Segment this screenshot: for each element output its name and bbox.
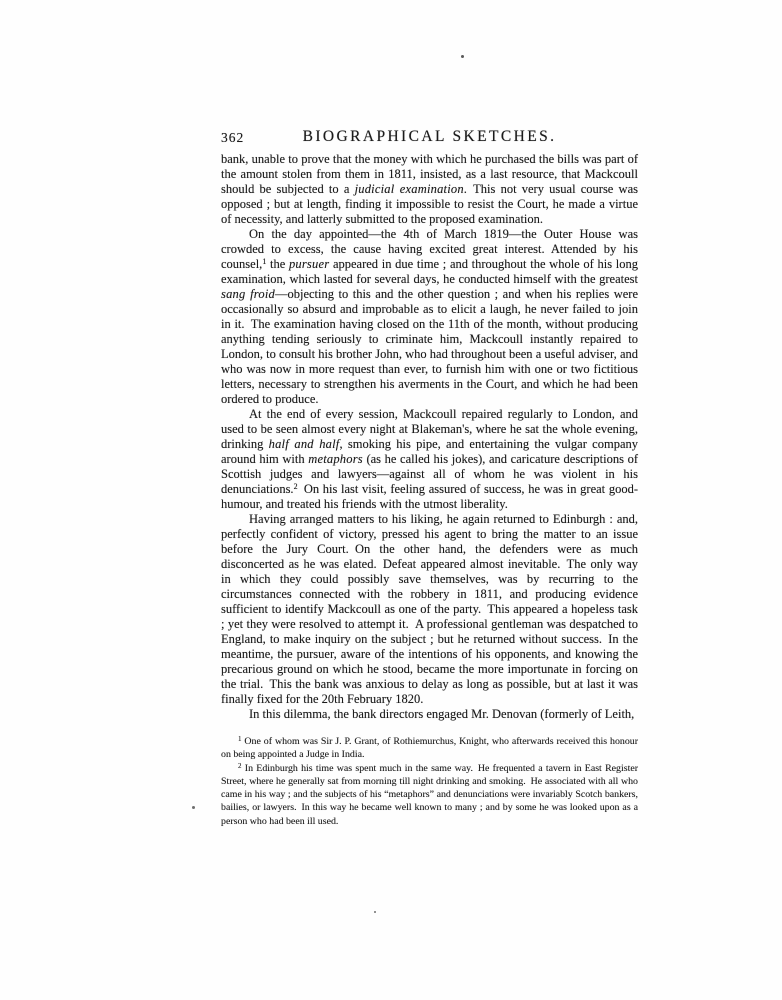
page-number: 362 xyxy=(221,130,244,146)
paragraph-4: Having arranged matters to his liking, h… xyxy=(221,512,638,707)
italic-phrase-sang-froid: sang froid xyxy=(221,287,275,301)
p2-text: —objecting to this and the other questio… xyxy=(221,287,638,406)
body-text: bank, unable to prove that the money wit… xyxy=(221,152,638,828)
footnote-1: 1 One of whom was Sir J. P. Grant, of Ro… xyxy=(221,735,638,762)
italic-phrase-metaphors: metaphors xyxy=(308,452,363,466)
italic-phrase-pursuer: pursuer xyxy=(289,257,329,271)
footnotes-block: 1 One of whom was Sir J. P. Grant, of Ro… xyxy=(221,735,638,828)
p5-text: In this dilemma, the bank directors enga… xyxy=(249,707,634,721)
italic-phrase-judicial-examination: judicial examination xyxy=(355,182,464,196)
running-title: BIOGRAPHICAL SKETCHES. xyxy=(221,128,638,146)
italic-phrase-half-and-half: half and half xyxy=(269,437,340,451)
scan-artifact-speck xyxy=(374,911,376,913)
scan-artifact-speck xyxy=(461,55,464,58)
paragraph-3: At the end of every session, Mackcoull r… xyxy=(221,407,638,512)
paragraph-2: On the day appointed—the 4th of March 18… xyxy=(221,227,638,407)
footnote-2-text: In Edinburgh his time was spent much in … xyxy=(221,763,638,827)
book-page: 362 BIOGRAPHICAL SKETCHES. bank, unable … xyxy=(0,0,782,1000)
p4-text: Having arranged matters to his liking, h… xyxy=(221,512,638,706)
paragraph-5: In this dilemma, the bank directors enga… xyxy=(221,707,638,722)
scan-artifact-speck xyxy=(192,806,195,809)
footnote-1-text: One of whom was Sir J. P. Grant, of Roth… xyxy=(221,736,638,760)
page-header: 362 BIOGRAPHICAL SKETCHES. xyxy=(221,128,638,146)
footnote-2: 2 In Edinburgh his time was spent much i… xyxy=(221,762,638,828)
p2-text: the xyxy=(266,257,289,271)
paragraph-1: bank, unable to prove that the money wit… xyxy=(221,152,638,227)
